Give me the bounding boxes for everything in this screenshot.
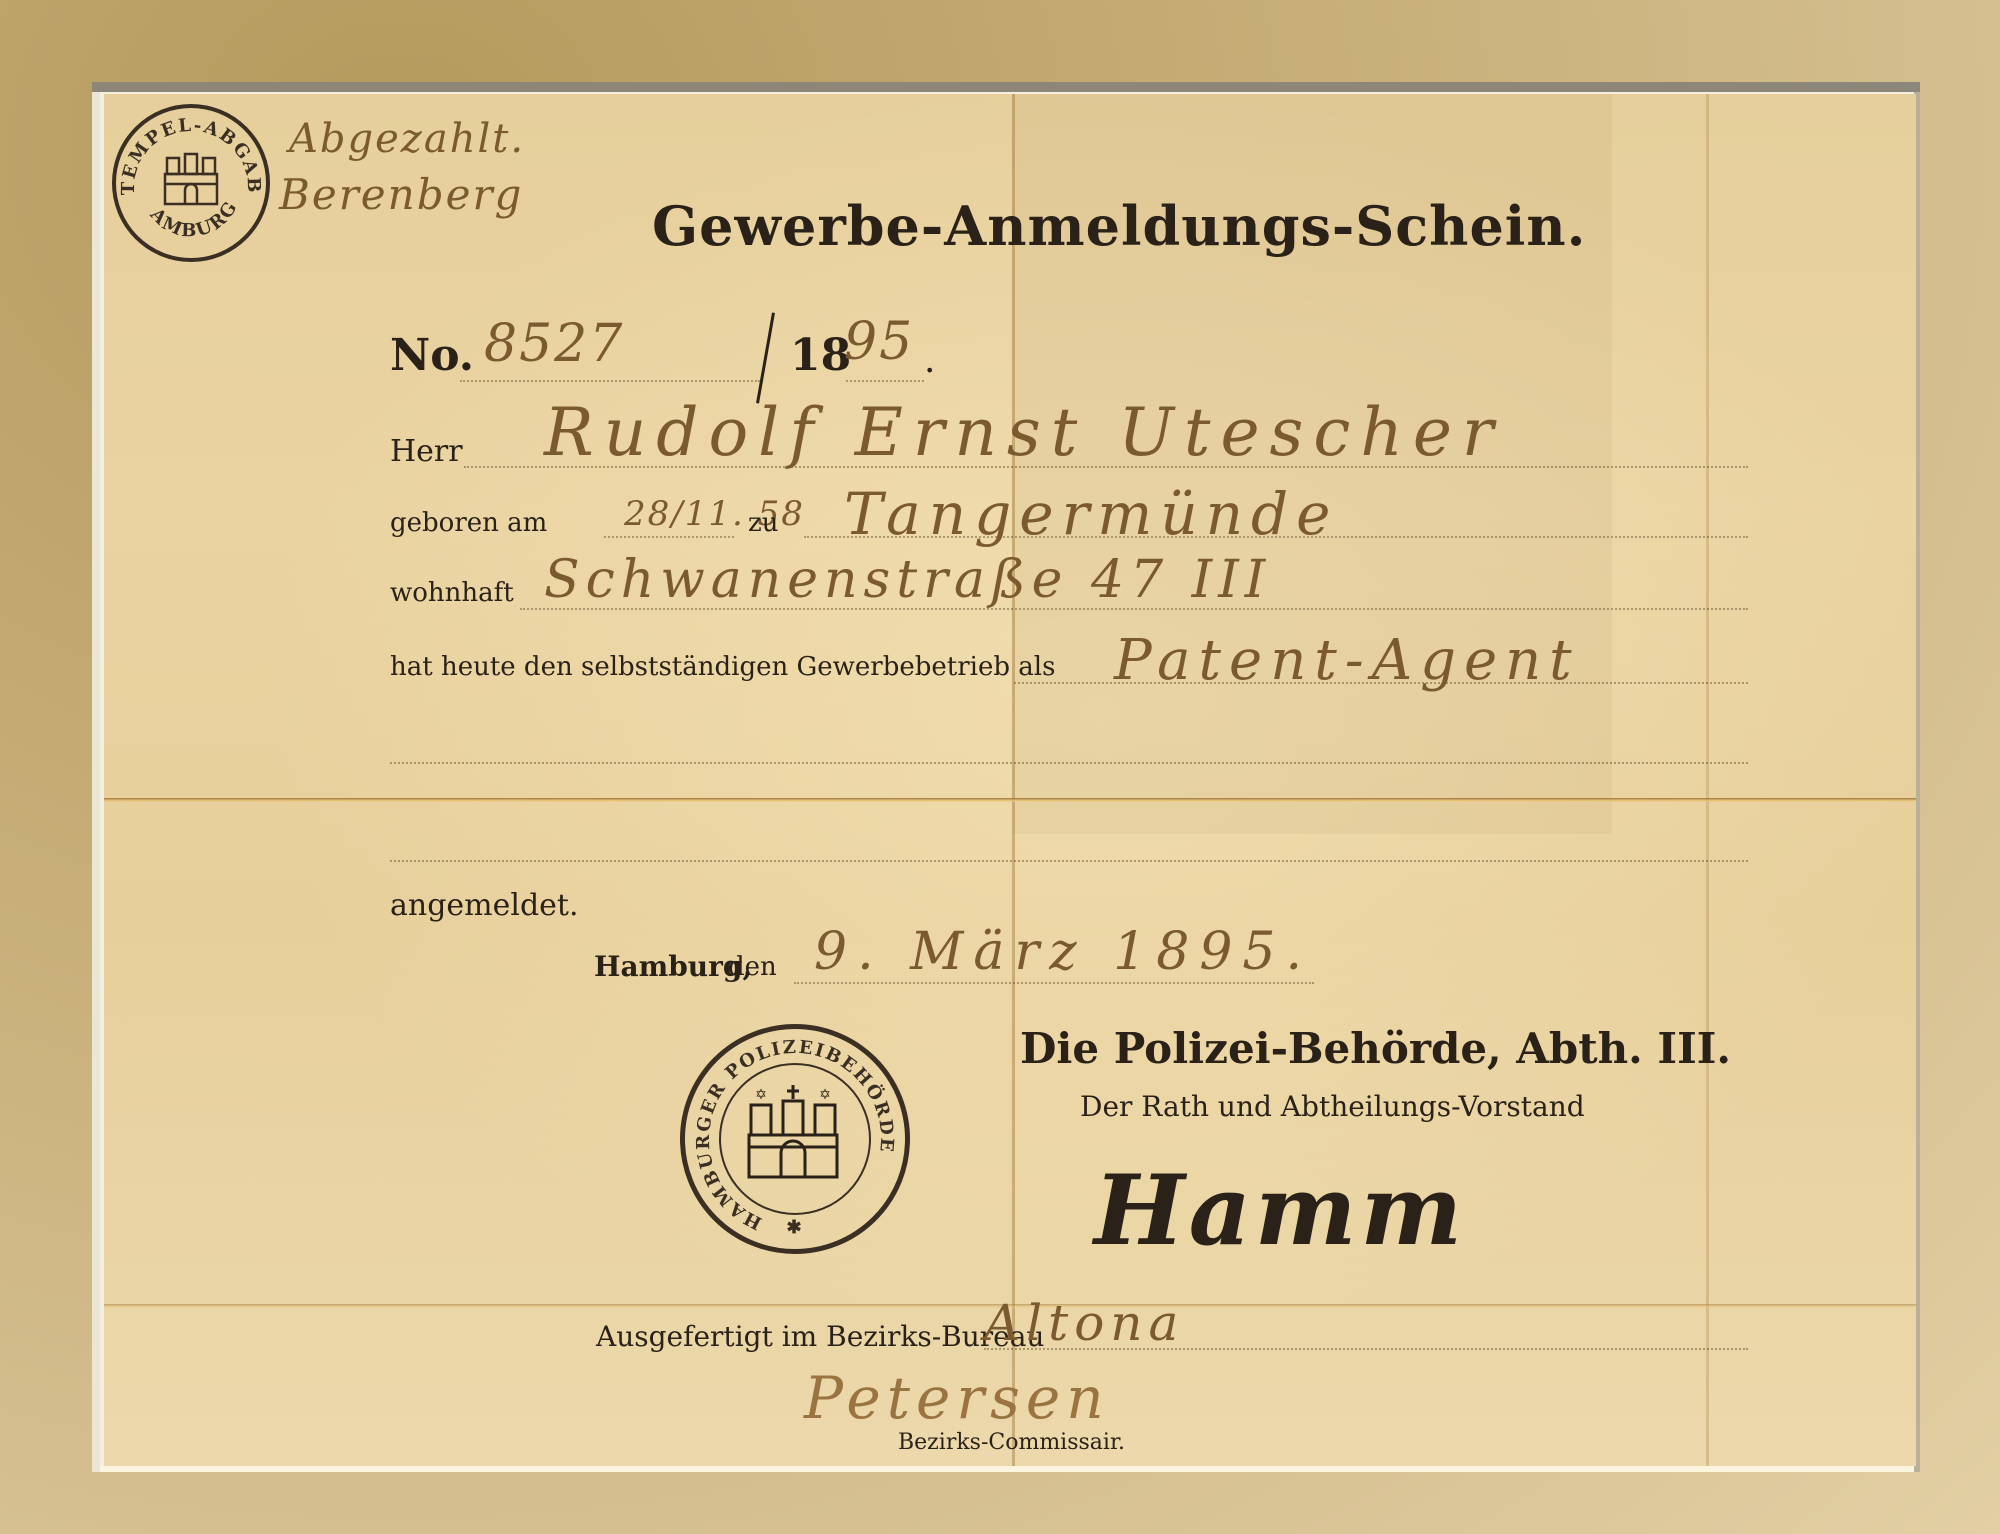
- birthdate-dotted-line: [604, 536, 734, 538]
- handwritten-note-line1: Abgezahlt.: [289, 116, 525, 162]
- herr-label: Herr: [390, 434, 463, 469]
- issued-label: Ausgefertigt im Bezirks-Bureau: [596, 1320, 1044, 1353]
- svg-text:✡: ✡: [819, 1087, 831, 1103]
- residence-value: Schwanenstraße 47 III: [544, 550, 1271, 610]
- document-title: Gewerbe-Anmeldungs-Schein.: [652, 194, 1586, 258]
- zu-label: zu: [748, 508, 778, 538]
- trade-value: Patent-Agent: [1114, 628, 1580, 693]
- geboren-am-label: geboren am: [390, 508, 547, 538]
- handwritten-note-line2: Berenberg: [279, 170, 523, 219]
- year-dotted-line: [846, 380, 924, 382]
- document-paper: STEMPEL-ABGABE HAMBURG. Abgezahlt. Beren…: [104, 94, 1916, 1466]
- svg-text:✡: ✡: [755, 1087, 767, 1103]
- blank-dotted-line-1: [390, 762, 1748, 764]
- horizontal-fold-tear: [104, 798, 1916, 802]
- vertical-fold: [1012, 94, 1015, 1466]
- commissioner-label: Bezirks-Commissair.: [898, 1430, 1125, 1455]
- number-dotted-line: [460, 380, 760, 382]
- registered-text: angemeldet.: [390, 888, 579, 923]
- seal-star-icon: ✱: [786, 1217, 803, 1238]
- number-slash: [756, 312, 775, 403]
- commissioner-signature: Petersen: [804, 1364, 1110, 1432]
- hamburg-castle-icon: [161, 150, 221, 206]
- authority-title: Die Polizei-Behörde, Abth. III.: [1020, 1024, 1731, 1073]
- year-suffix: 95: [844, 312, 914, 372]
- authority-subtitle: Der Rath und Abtheilungs-Vorstand: [1080, 1090, 1585, 1123]
- stempel-abgabe-stamp: STEMPEL-ABGABE HAMBURG.: [112, 104, 270, 262]
- issued-bureau-value: Altona: [984, 1294, 1184, 1352]
- den-label: den: [728, 952, 777, 982]
- herr-name-value: Rudolf Ernst Utescher: [544, 394, 1503, 471]
- date-dotted-line: [794, 982, 1314, 984]
- hamburger-polizeibehoerde-seal: HAMBURGER POLIZEIBEHÖRDE ✱ ✡ ✡: [680, 1024, 910, 1254]
- number-label: No.: [390, 330, 474, 381]
- year-prefix: 18: [790, 330, 851, 381]
- hamburg-castle-icon: ✡ ✡: [743, 1083, 843, 1183]
- date-value: 9. März 1895.: [814, 922, 1312, 982]
- number-period: .: [924, 340, 935, 381]
- vertical-fold-right: [1706, 94, 1709, 1466]
- birthplace-value: Tangermünde: [844, 480, 1338, 548]
- blank-dotted-line-2: [390, 860, 1748, 862]
- trade-label: hat heute den selbstständigen Gewerbebet…: [390, 652, 1055, 682]
- wohnhaft-label: wohnhaft: [390, 578, 514, 608]
- authority-signature: Hamm: [1094, 1154, 1466, 1267]
- number-value: 8527: [484, 314, 624, 374]
